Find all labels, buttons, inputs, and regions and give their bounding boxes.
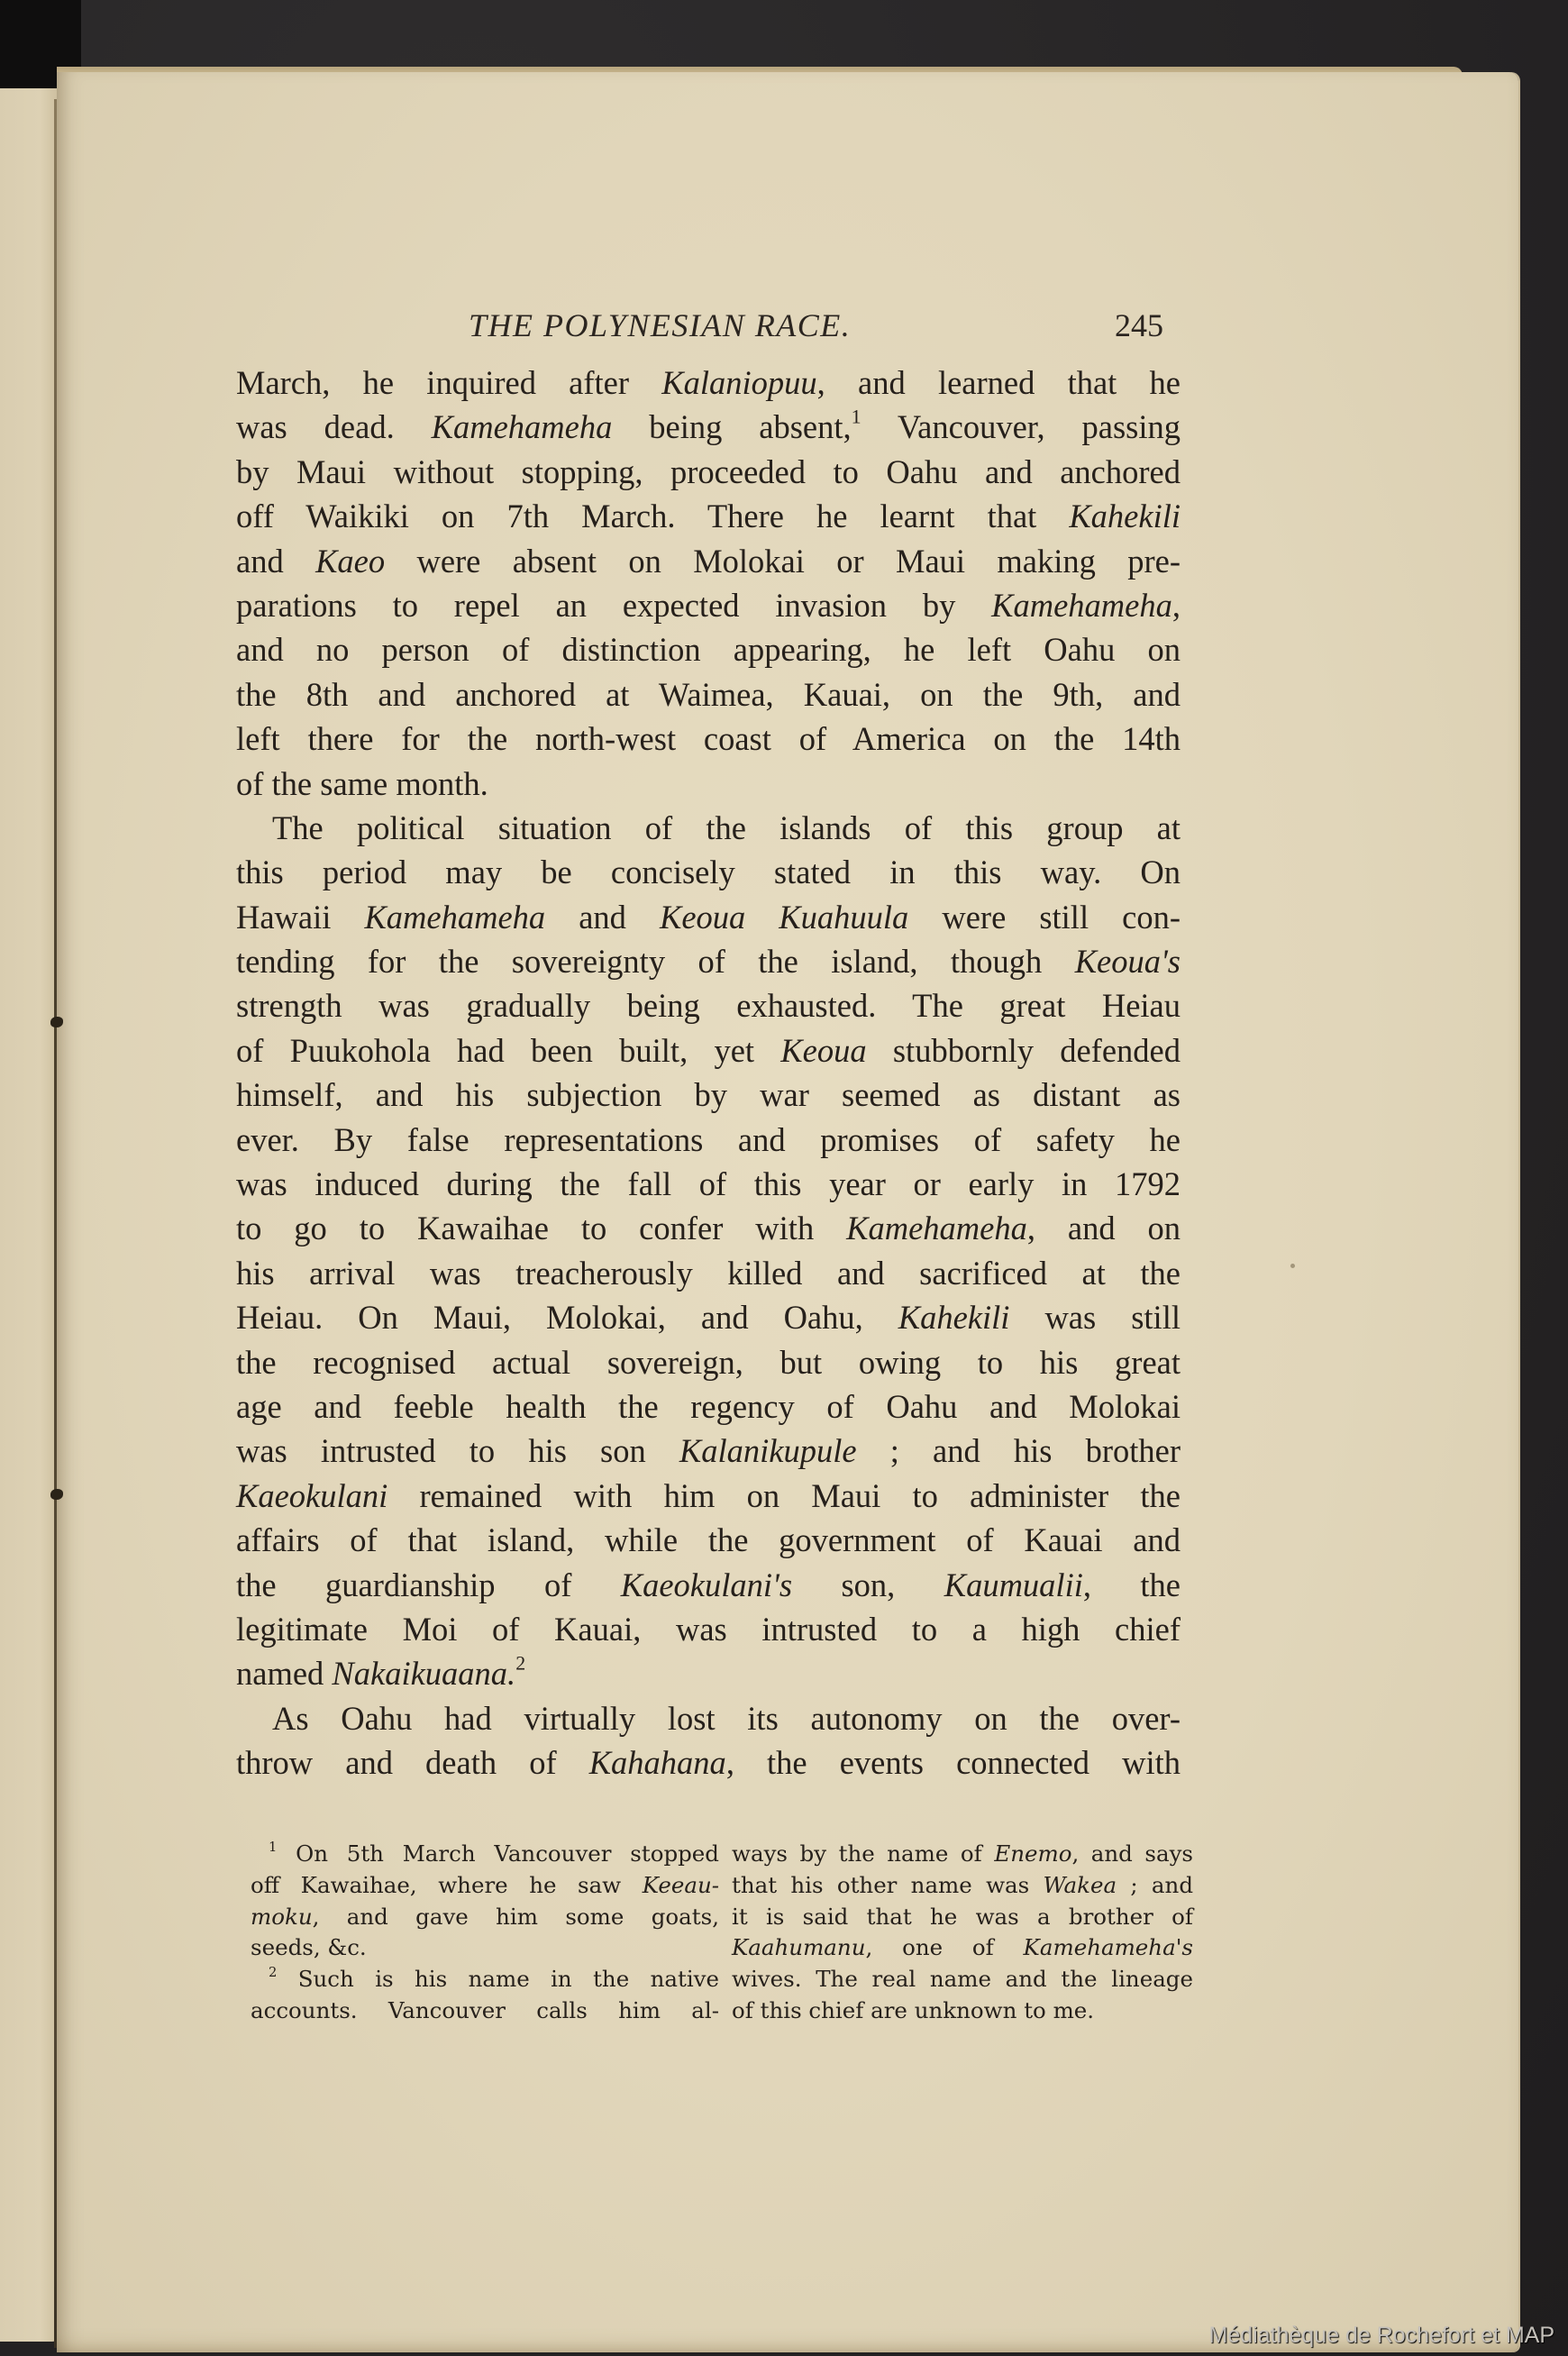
footnotes-right-column: ways by the name of Enemo, and saysthat … <box>732 1839 1193 2027</box>
footnote-line: that his other name was Wakea ; and <box>732 1870 1193 1902</box>
text-line: tending for the sovereignty of the islan… <box>236 939 1181 983</box>
facing-page-edge <box>0 88 58 2342</box>
text-run: named <box>236 1655 332 1692</box>
text-run: Such is his name in the native <box>277 1966 719 1992</box>
text-run: , and learned that he <box>817 364 1181 401</box>
text-line: was intrusted to his son Kalanikupule ; … <box>236 1429 1181 1473</box>
text-run: , the <box>1083 1566 1181 1603</box>
text-line: and no person of distinction appearing, … <box>236 627 1181 671</box>
text-run: off Kawaihae, where he saw <box>251 1872 643 1898</box>
text-run: was dead. <box>236 408 432 445</box>
footnote-line: 2 Such is his name in the native <box>251 1964 719 1995</box>
text-line: the 8th and anchored at Waimea, Kauai, o… <box>236 672 1181 717</box>
text-run: Vancouver, passing <box>861 408 1181 445</box>
text-run: off Waikiki on 7th March. There he learn… <box>236 498 1069 534</box>
italic-name: Kahahana <box>589 1744 726 1781</box>
italic-name: Kaeo <box>315 543 385 580</box>
text-run: and <box>236 543 315 580</box>
text-run: it is said that he was a brother of <box>732 1904 1193 1930</box>
footnote-marker: 2 <box>515 1652 525 1675</box>
text-run: was still <box>1009 1299 1181 1336</box>
italic-name: Keoua <box>780 1032 866 1069</box>
text-run: As Oahu had virtually lost its autonomy … <box>272 1700 1181 1737</box>
gutter-tab-mark <box>50 1017 63 1027</box>
text-line: throw and death of Kahahana, the events … <box>236 1740 1181 1785</box>
italic-name: Keoua's <box>1075 943 1181 980</box>
text-line: parations to repel an expected invasion … <box>236 583 1181 627</box>
text-run: of Puukohola had been built, yet <box>236 1032 780 1069</box>
text-line: was induced during the fall of this year… <box>236 1162 1181 1206</box>
running-head: THE POLYNESIAN RACE. <box>469 306 851 344</box>
text-line: this period may be concisely stated in t… <box>236 850 1181 894</box>
footnote-marker: 1 <box>269 1840 277 1855</box>
text-line: the recognised actual sovereign, but owi… <box>236 1340 1181 1384</box>
text-run: On 5th March Vancouver stopped <box>277 1840 719 1867</box>
text-line: of the same month. <box>236 762 1181 806</box>
text-run: to go to Kawaihae to confer with <box>236 1210 846 1246</box>
text-run: and no person of distinction appearing, … <box>236 631 1181 668</box>
text-line: age and feeble health the regency of Oah… <box>236 1384 1181 1429</box>
text-run: affairs of that island, while the govern… <box>236 1521 1181 1558</box>
text-line: Heiau. On Maui, Molokai, and Oahu, Kahek… <box>236 1295 1181 1339</box>
text-line: left there for the north-west coast of A… <box>236 717 1181 761</box>
text-run: was induced during the fall of this year… <box>236 1165 1181 1202</box>
text-run: , <box>1172 587 1181 624</box>
footnotes-left-column: 1 On 5th March Vancouver stoppedoff Kawa… <box>251 1839 719 2027</box>
gutter-tab-mark <box>50 1489 63 1500</box>
text-run: the guardianship of <box>236 1566 621 1603</box>
italic-name: Kamehameha <box>991 587 1172 624</box>
footnote-marker: 1 <box>852 406 861 428</box>
text-line: his arrival was treacherously killed and… <box>236 1251 1181 1295</box>
text-run: , and on <box>1027 1210 1181 1246</box>
text-run: legitimate Moi of Kauai, was intrusted t… <box>236 1611 1181 1648</box>
footnote-line: Kaahumanu, one of Kamehameha's <box>732 1932 1193 1964</box>
text-line: off Waikiki on 7th March. There he learn… <box>236 494 1181 538</box>
footnote-line: seeds, &c. <box>251 1932 719 1964</box>
italic-name: moku <box>251 1904 313 1930</box>
text-line: affairs of that island, while the govern… <box>236 1518 1181 1562</box>
italic-name: Kaumualii <box>944 1566 1083 1603</box>
text-run: stubbornly defended <box>867 1032 1181 1069</box>
text-run: tending for the sovereignty of the islan… <box>236 943 1075 980</box>
italic-name: Kamehameha <box>364 899 545 936</box>
footnote-line: it is said that he was a brother of <box>732 1902 1193 1933</box>
text-line: legitimate Moi of Kauai, was intrusted t… <box>236 1607 1181 1651</box>
text-run: that his other name was <box>732 1872 1044 1898</box>
italic-name: Wakea <box>1044 1872 1117 1898</box>
footnote-line: wives. The real name and the lineage <box>732 1964 1193 1995</box>
text-line: March, he inquired after Kalaniopuu, and… <box>236 361 1181 405</box>
text-line: The political situation of the islands o… <box>236 806 1181 850</box>
italic-name: Kamehameha's <box>1024 1934 1193 1960</box>
text-run: son, <box>792 1566 944 1603</box>
italic-name: Kalaniopuu <box>661 364 816 401</box>
text-run: age and feeble health the regency of Oah… <box>236 1388 1181 1425</box>
text-run: his arrival was treacherously killed and… <box>236 1255 1181 1292</box>
text-line: ever. By false representations and promi… <box>236 1118 1181 1162</box>
italic-name: Kamehameha <box>846 1210 1027 1246</box>
text-line: to go to Kawaihae to confer with Kameham… <box>236 1206 1181 1250</box>
text-run: , the events connected with <box>726 1744 1181 1781</box>
italic-name: Nakaikuaana. <box>332 1655 515 1692</box>
text-run: Hawaii <box>236 899 364 936</box>
italic-name: Kahekili <box>898 1299 1010 1336</box>
text-run: wives. The real name and the lineage <box>732 1966 1193 1992</box>
text-run: seeds, &c. <box>251 1934 367 1960</box>
text-run: , and says <box>1071 1840 1193 1867</box>
footnote-marker: 2 <box>269 1965 277 1980</box>
text-run: accounts. Vancouver calls him al- <box>251 1997 719 2023</box>
text-line: by Maui without stopping, proceeded to O… <box>236 450 1181 494</box>
text-run: left there for the north-west coast of A… <box>236 720 1181 757</box>
text-run: , and gave him some goats, <box>313 1904 719 1930</box>
text-run: this period may be concisely stated in t… <box>236 854 1181 890</box>
italic-name: Keeau- <box>643 1872 719 1898</box>
book-gutter <box>54 99 57 2348</box>
footnote-line: accounts. Vancouver calls him al- <box>251 1995 719 2027</box>
text-run: remained with him on Maui to administer … <box>387 1477 1181 1514</box>
text-run: being absent, <box>612 408 851 445</box>
footnote-line: of this chief are unknown to me. <box>732 1995 1193 2027</box>
text-line: Kaeokulani remained with him on Maui to … <box>236 1474 1181 1518</box>
text-run: the recognised actual sovereign, but owi… <box>236 1344 1181 1381</box>
italic-name: Kahekili <box>1069 498 1181 534</box>
text-line: strength was gradually being exhausted. … <box>236 983 1181 1027</box>
text-line: himself, and his subjection by war seeme… <box>236 1073 1181 1117</box>
text-run: and <box>545 899 660 936</box>
footnote-line: ways by the name of Enemo, and says <box>732 1839 1193 1870</box>
text-run: were still con- <box>908 899 1181 936</box>
text-run: by Maui without stopping, proceeded to O… <box>236 453 1181 490</box>
page-number: 245 <box>1115 306 1163 344</box>
text-run: the 8th and anchored at Waimea, Kauai, o… <box>236 676 1181 713</box>
italic-name: Kalanikupule <box>679 1432 857 1469</box>
text-run: , one of <box>865 1934 1023 1960</box>
italic-name: Keoua Kuahuula <box>660 899 908 936</box>
text-run: himself, and his subjection by war seeme… <box>236 1076 1181 1113</box>
text-run: strength was gradually being exhausted. … <box>236 987 1181 1024</box>
italic-name: Kaeokulani <box>236 1477 387 1514</box>
text-run: ; and his brother <box>857 1432 1181 1469</box>
text-line: of Puukohola had been built, yet Keoua s… <box>236 1028 1181 1073</box>
text-run: ever. By false representations and promi… <box>236 1121 1181 1158</box>
text-run: were absent on Molokai or Maui making pr… <box>385 543 1181 580</box>
text-run: throw and death of <box>236 1744 589 1781</box>
paper-speck <box>1290 1264 1295 1268</box>
footnote-line: moku, and gave him some goats, <box>251 1902 719 1933</box>
text-run: of this chief are unknown to me. <box>732 1997 1094 2023</box>
text-line: the guardianship of Kaeokulani's son, Ka… <box>236 1563 1181 1607</box>
text-run: was intrusted to his son <box>236 1432 679 1469</box>
text-run: parations to repel an expected invasion … <box>236 587 991 624</box>
text-line: Hawaii Kamehameha and Keoua Kuahuula wer… <box>236 895 1181 939</box>
text-run: Heiau. On Maui, Molokai, and Oahu, <box>236 1299 898 1336</box>
text-run: ways by the name of <box>732 1840 994 1867</box>
text-run: March, he inquired after <box>236 364 661 401</box>
footnote-line: off Kawaihae, where he saw Keeau- <box>251 1870 719 1902</box>
italic-name: Kaahumanu <box>732 1934 865 1960</box>
footnote-line: 1 On 5th March Vancouver stopped <box>251 1839 719 1870</box>
italic-name: Kamehameha <box>432 408 613 445</box>
text-run: ; and <box>1117 1872 1193 1898</box>
text-line: As Oahu had virtually lost its autonomy … <box>236 1696 1181 1740</box>
italic-name: Enemo <box>994 1840 1071 1867</box>
text-run: of the same month. <box>236 765 488 802</box>
italic-name: Kaeokulani's <box>621 1566 792 1603</box>
text-line: was dead. Kamehameha being absent,1 Vanc… <box>236 405 1181 449</box>
text-line: and Kaeo were absent on Molokai or Maui … <box>236 539 1181 583</box>
body-text: March, he inquired after Kalaniopuu, and… <box>236 361 1181 1785</box>
text-run: The political situation of the islands o… <box>272 809 1181 846</box>
text-line: named Nakaikuaana.2 <box>236 1651 1181 1695</box>
watermark-credit: Médiathèque de Rochefort et MAP <box>1208 2323 1554 2349</box>
